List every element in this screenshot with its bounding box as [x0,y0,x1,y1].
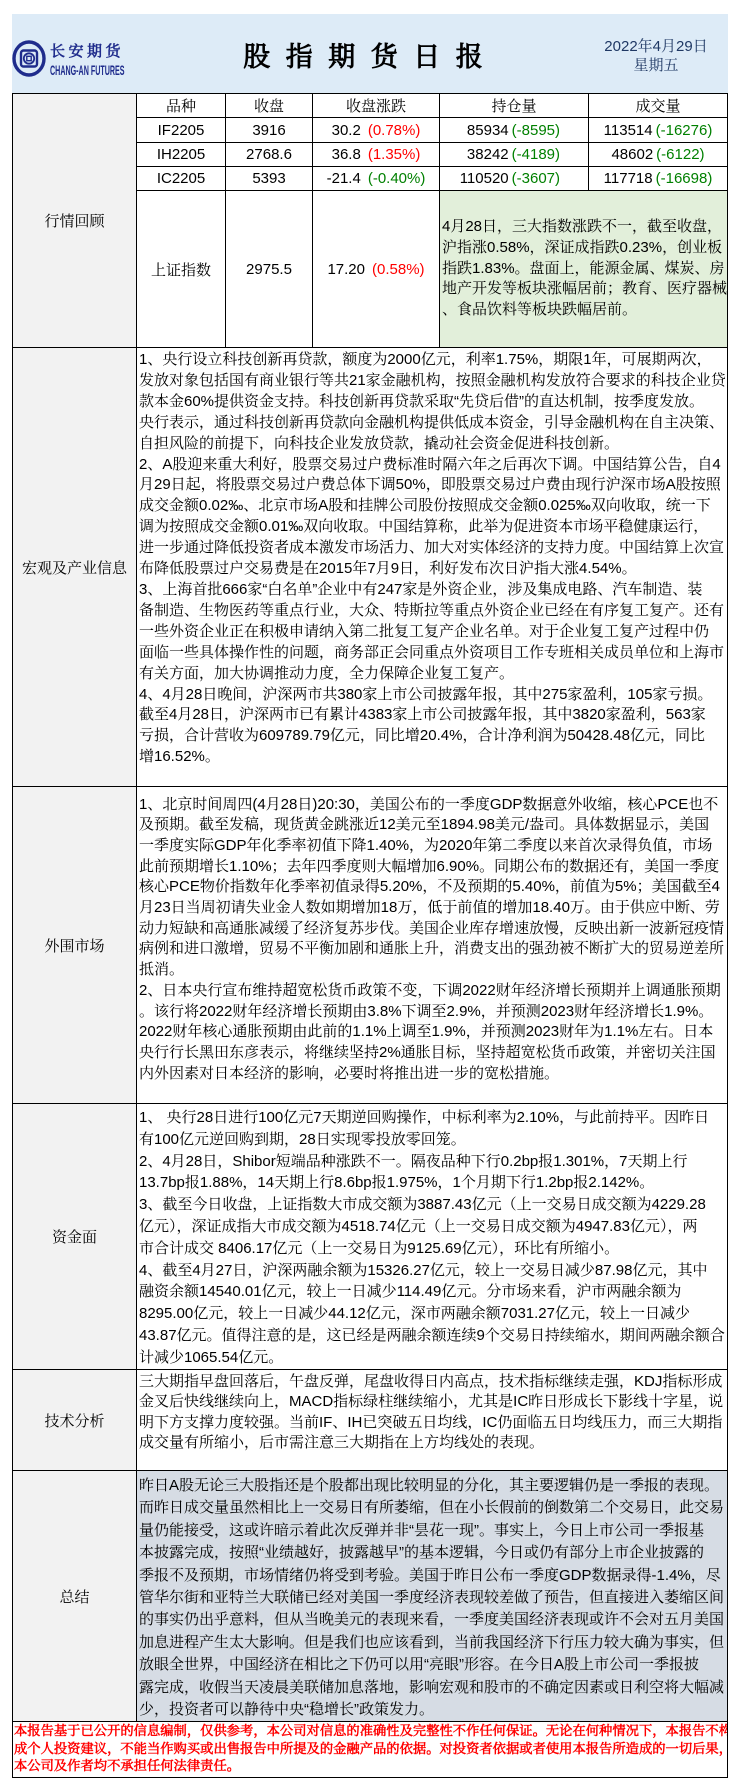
text-line: 面临一些具体操作性的问题，商务部正会同重点外资项目工作专班相关成员单位和上海市 [139,643,727,664]
column-header-volume: 成交量 [589,94,728,118]
column-header-open-interest: 持仓量 [440,94,589,118]
text-line: 央行行长黑田东彦表示，将继续坚持2%通胀目标，坚持超宽松货币政策，并密切关注国 [139,1043,727,1064]
text-line: 亏损，合计营收为609789.79亿元，同比增20.4%，合计净利润为50428… [139,726,727,747]
report-header: 长安期货 CHANG-AN FUTURES 股 指 期 货 日 报 2022年4… [12,14,728,93]
cell-index-name: 上证指数 [137,191,226,348]
text-line: 核心PCE物价指数年化季率初值录得5.20%，不及预期的5.40%，前值为5%；… [139,877,727,898]
text-line: 4、截至4月27日，沪深两融余额为15326.27亿元，较上一交易日减少87.9… [139,1260,727,1282]
text-line: 金叉后快线继续向上，MACD指标绿柱继续缩小，尤其是IC昨日形成长下影线十字星，… [139,1392,727,1413]
cell-open-interest: 110520(-3607) [440,167,589,191]
cell-close: 3916 [226,118,313,143]
text-line: 4、4月28日晚间，沪深两市共380家上市公司披露年报，其中275家盈利，105… [139,685,727,706]
cell-change: -21.4(-0.40%) [313,167,440,191]
text-line: 病例和进口激增，贸易不平衡加剧和通胀上升，消费支出的强劲被不断扩大的贸易逆差所 [139,939,727,960]
disclaimer-line: 本公司及作者均不承担任何法律责任。 [14,1757,727,1775]
volume-change: (-6122) [656,146,704,163]
text-line: 1、央行设立科技创新再贷款，额度为2000亿元，利率1.75%，期限1年，可展期… [139,350,727,371]
cell-open-interest: 38242(-4189) [440,143,589,167]
report-table: 行情回顾 品种 收盘 收盘涨跌 持仓量 成交量 IF2205 3916 30.2… [12,93,728,1778]
report-weekday: 星期五 [596,56,716,75]
text-line: 亿元），深证成指大市成交额为4518.74亿元（上一交易日成交额为4947.83… [139,1216,727,1238]
section-label-technical: 技术分析 [13,1370,137,1471]
text-line: 昨日A股无论三大股指还是个股都出现比较明显的分化，其主要逻辑仍是一季报的表现。 [139,1475,727,1497]
text-line: 加息进程产生太大影响。但是我们也应该看到，当前我国经济下行压力较大确为事实，但 [139,1632,727,1654]
text-line: 此前预期增长1.10%；去年四季度则大幅增加6.90%。同期公布的数据还有，美国… [139,857,727,878]
section-label-market-review: 行情回顾 [13,94,137,348]
report-date: 2022年4月29日 [596,37,716,56]
text-line: 款本金60%提供资金支持。科技创新再贷款采取“先贷后借”的直达机制，按季度发放。 [139,392,727,413]
cell-change: 36.8(1.35%) [313,143,440,167]
text-line: 、食品饮料等板块跌幅居前。 [442,300,727,321]
text-line: 2、日本央行宣布维持超宽松货币政策不变，下调2022财年经济增长预期并上调通胀预… [139,981,727,1002]
text-line: 3、上海首批666家“白名单”企业中有247家是外资企业，涉及集成电路、汽车制造… [139,580,727,601]
cell-contract: IC2205 [137,167,226,191]
cell-open-interest: 85934(-8595) [440,118,589,143]
text-line: 沪指涨0.58%，深证成指跌0.23%，创业板 [442,238,727,259]
volume-value: 113514 [604,122,653,139]
change-percent: (1.35%) [368,146,421,163]
text-line: 融资余额14540.01亿元，较上一日减少114.49亿元。分市场来看，沪市两融… [139,1281,727,1303]
text-line: 而昨日成交量虽然相比上一交易日有所萎缩，但在小长假前的倒数第二个交易日，此交易 [139,1497,727,1519]
text-line: 有100亿元逆回购到期，28日实现零投放零回笼。 [139,1129,727,1151]
text-line: 2、A股迎来重大利好，股票交易过户费标准时隔六年之后再次下调。中国结算公告，自4 [139,455,727,476]
text-line: 1、北京时间周四(4月28日)20:30，美国公布的一季度GDP数据意外收缩，核… [139,795,727,816]
cell-volume: 113514(-16276) [589,118,728,143]
section-label-conclusion: 总结 [13,1471,137,1722]
disclaimer-line: 成个人投资建议，不能当作购买或出售报告中所提及的金融产品的依据。对投资者依据或者… [14,1740,727,1758]
change-percent: (0.78%) [368,122,421,139]
volume-change: (-16698) [656,170,713,187]
text-line: 4月28日，三大指数涨跌不一，截至收盘， [442,217,727,238]
text-line: 地产开发等板块涨幅居前；教育、医疗器械 [442,279,727,300]
column-header-change: 收盘涨跌 [313,94,440,118]
text-line: 调为按照成交金额0.01‰双向收取。中国结算称，此举为促进资本市场平稳健康运行， [139,517,727,538]
text-line: 成交量有所缩小，后市需注意三大期指在上方均线处的表现。 [139,1433,727,1454]
section-label-macro: 宏观及产业信息 [13,348,137,787]
text-line: 3、截至今日收盘，上证指数大市成交额为3887.43亿元（上一交易日成交额为42… [139,1194,727,1216]
change-value: -21.4 [327,170,361,187]
cell-change: 30.2(0.78%) [313,118,440,143]
text-line: 月23日当周初请失业金人数如期增加18万，低于前值的增加18.40万。由于供应中… [139,898,727,919]
open-interest-value: 38242 [467,146,509,163]
report-title: 股 指 期 货 日 报 [200,38,530,76]
cell-contract: IF2205 [137,118,226,143]
text-line: 动力短缺和高通胀减缓了经济复苏步伐。美国企业库存增速放慢，反映出新一波新冠疫情 [139,919,727,940]
text-line: 。该行将2022财年经济增长预期由3.8%下调至2.9%，并预测2023财年经济… [139,1002,727,1023]
volume-value: 117718 [604,170,653,187]
change-percent: (-0.40%) [368,170,426,187]
text-line: 备制造、生物医药等重点行业，大众、特斯拉等重点外资企业已经在有序复工复产。还有 [139,601,727,622]
disclaimer: 本报告基于已公开的信息编制，仅供参考，本公司对信息的准确性及完整性不作任何保证。… [13,1722,728,1778]
company-name-cn: 长安期货 [50,44,124,60]
change-percent: (0.58%) [372,261,425,278]
section-text-conclusion: 昨日A股无论三大股指还是个股都出现比较明显的分化，其主要逻辑仍是一季报的表现。 … [137,1471,728,1722]
text-line: 增16.52%。 [139,747,727,768]
cell-volume: 48602(-6122) [589,143,728,167]
column-header-contract: 品种 [137,94,226,118]
text-line: 8295.00亿元，较上一日减少44.12亿元，深市两融余额7031.27亿元，… [139,1303,727,1325]
company-name-en: CHANG-AN FUTURES [50,63,125,77]
text-line: 自担风险的前提下，向科技企业发放贷款，撬动社会资金促进科技创新。 [139,434,727,455]
section-text-technical: 三大期指早盘回落后，午盘反弹，尾盘收得日内高点，技术指标继续走强，KDJ指标形成… [137,1370,728,1471]
text-line: 截至4月28日，沪深两市已有累计4383家上市公司披露年报，其中3820家盈利，… [139,705,727,726]
text-line: 13.7bp报1.88%，14天期上行8.6bp报1.975%，1个月期下行1.… [139,1172,727,1194]
text-line: 三大期指早盘回落后，午盘反弹，尾盘收得日内高点，技术指标继续走强，KDJ指标形成 [139,1372,727,1393]
change-value: 30.2 [332,122,361,139]
cell-close: 5393 [226,167,313,191]
text-line: 布降低股票过户交易费是在2015年7月9日，利好发布次日沪指大涨4.54%。 [139,559,727,580]
section-label-liquidity: 资金面 [13,1104,137,1370]
text-line: 内外因素对日本经济的影响，必要时将推出进一步的宽松措施。 [139,1064,727,1085]
chang-an-futures-logo-icon [12,40,46,77]
open-interest-change: (-8595) [512,122,560,139]
text-line: 少，投资者可以静待中央“稳增长”政策发力。 [139,1699,727,1721]
change-value: 36.8 [332,146,361,163]
volume-change: (-16276) [656,122,713,139]
text-line: 央行表示，通过科技创新再贷款向金融机构提供低成本资金，引导金融机构在自主决策、 [139,413,727,434]
text-line: 指跌1.83%。盘面上，能源金属、煤炭、房 [442,259,727,280]
text-line: 计减少1065.54亿元。 [139,1347,727,1369]
text-line: 抵消。 [139,960,727,981]
cell-index-close: 2975.5 [226,191,313,348]
text-line: 有关方面，加大协调推动力度，全力保障企业复工复产。 [139,664,727,685]
text-line: 2、4月28日，Shibor短端品种涨跌不一。隔夜品种下行0.2bp报1.301… [139,1151,727,1173]
open-interest-change: (-4189) [512,146,560,163]
text-line: 进一步通过降低投资者成本激发市场活力、加大对实体经济的支持力度。中国结算上次宣 [139,538,727,559]
section-text-overseas: 1、北京时间周四(4月28日)20:30，美国公布的一季度GDP数据意外收缩，核… [137,787,728,1104]
text-line: 及预期。截至发稿，现货黄金跳涨近12美元至1894.98美元/盎司。具体数据显示… [139,815,727,836]
cell-close: 2768.6 [226,143,313,167]
text-line: 量仍能接受，这或许暗示着此次反弹并非“昙花一现”。事实上，今日上市公司一季报基 [139,1520,727,1542]
text-line: 一些外资企业正在积极申请纳入第二批复工复产企业名单。对于企业复工复产过程中仍 [139,622,727,643]
section-text-macro: 1、央行设立科技创新再贷款，额度为2000亿元，利率1.75%，期限1年，可展期… [137,348,728,787]
open-interest-value: 85934 [467,122,509,139]
text-line: 季报不及预期，市场情绪仍将受到考验。美国于昨日公布一季度GDP数据录得-1.4%… [139,1565,727,1587]
text-line: 管华尔街和亚特兰大联储已经对美国一季度经济表现较差做了预告，但直接进入萎缩区间 [139,1587,727,1609]
open-interest-change: (-3607) [512,170,560,187]
volume-value: 48602 [611,146,653,163]
text-line: 的事实仍出乎意料，但从当晚美元的表现来看，一季度美国经济表现或许不会对五月美国 [139,1609,727,1631]
text-line: 放眼全世界，中国经济在相比之下仍可以用“亮眼”形容。在今日A股上市公司一季报披 [139,1654,727,1676]
cell-index-change: 17.20(0.58%) [313,191,440,348]
section-text-liquidity: 1、 央行28日进行100亿元7天期逆回购操作，中标利率为2.10%，与此前持平… [137,1104,728,1370]
text-line: 明下方支撑力度较强。当前IF、IH已突破五日均线，IC仍面临五日均线压力，而三大… [139,1413,727,1434]
text-line: 露完成，收假当天凌晨美联储加息落地，影响宏观和股市的不确定因素或日利空将大幅减 [139,1677,727,1699]
text-line: 一季度实际GDP年化季率初值下降1.40%，为2020年第二季度以来首次录得负值… [139,836,727,857]
disclaimer-line: 本报告基于已公开的信息编制，仅供参考，本公司对信息的准确性及完整性不作任何保证。… [14,1722,727,1740]
cell-contract: IH2205 [137,143,226,167]
open-interest-value: 110520 [460,170,509,187]
text-line: 本披露完成，按照“业绩越好，披露越早”的基本逻辑，今日或仍有部分上市企业披露的 [139,1542,727,1564]
text-line: 成交金额0.02‰、北京市场A股和挂牌公司股份按照成交金额0.025‰双向收取，… [139,496,727,517]
text-line: 43.87亿元。值得注意的是，这已经是两融余额连续9个交易日持续缩水，期间两融余… [139,1325,727,1347]
text-line: 市合计成交 8406.17亿元（上一交易日为9125.69亿元），环比有所缩小。 [139,1238,727,1260]
cell-volume: 117718(-16698) [589,167,728,191]
text-line: 发放对象包括国有商业银行等共21家金融机构，按照金融机构发放符合要求的科技企业贷 [139,371,727,392]
section-label-overseas: 外围市场 [13,787,137,1104]
text-line: 1、 央行28日进行100亿元7天期逆回购操作，中标利率为2.10%，与此前持平… [139,1107,727,1129]
column-header-close: 收盘 [226,94,313,118]
text-line: 2022财年核心通胀预期由此前的1.1%上调至1.9%，并预测2023财年为1.… [139,1022,727,1043]
market-commentary-box: 4月28日，三大指数涨跌不一，截至收盘， 沪指涨0.58%，深证成指跌0.23%… [440,191,728,348]
text-line: 月29日起，将股票交易过户费总体下调50%，即股票交易过户费由现行沪深市场A股按… [139,475,727,496]
change-value: 17.20 [327,261,365,278]
